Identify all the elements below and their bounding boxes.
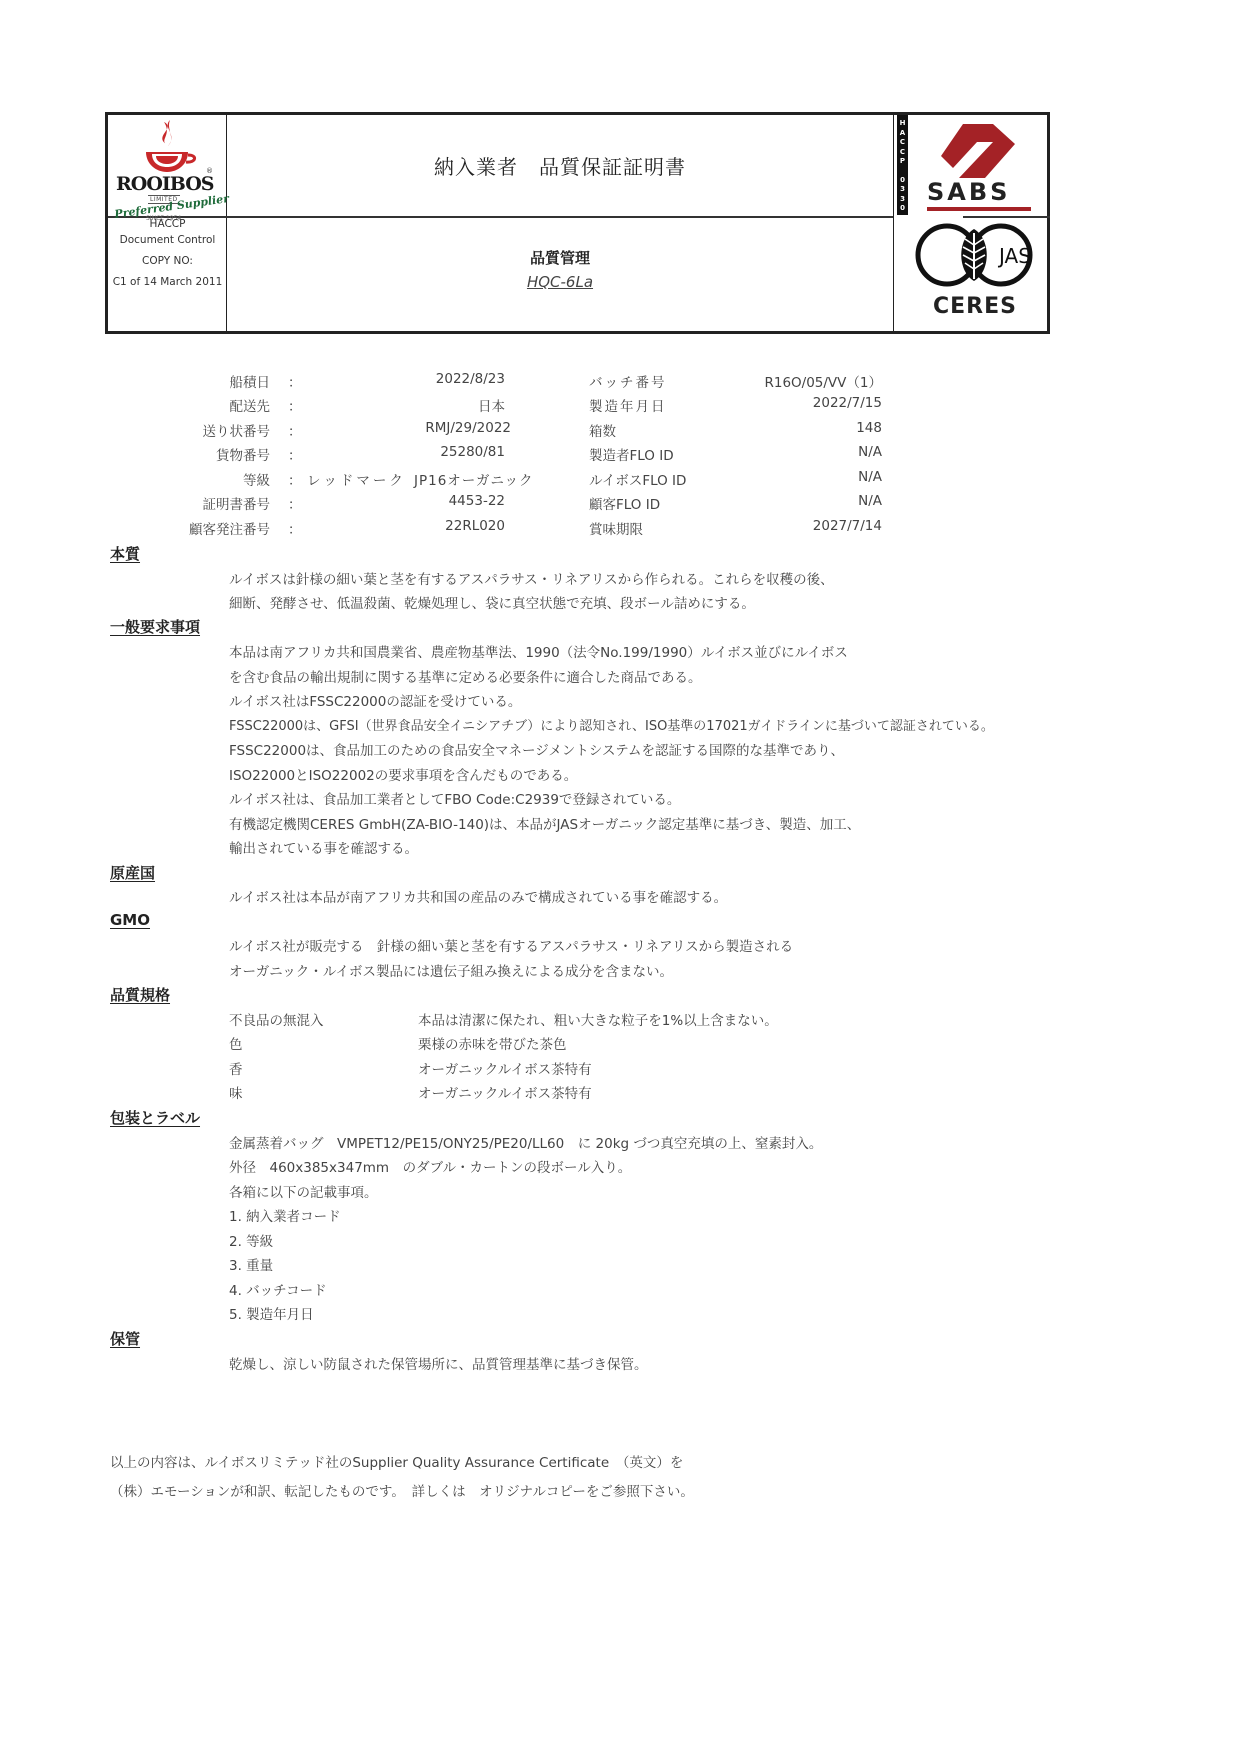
doc-code-wrap: HQC-6La xyxy=(227,272,893,291)
doc-control-copy-label: COPY NO: xyxy=(108,251,227,272)
header-divider-h-mid xyxy=(227,216,893,218)
ceres-label: CERES xyxy=(933,294,1017,319)
section-line: ISO22000とISO22002の要求事項を含んだものである。 xyxy=(229,764,577,784)
sabs-mark-icon xyxy=(923,118,1033,184)
info-value-manufacturer-flo-id: N/A xyxy=(720,444,882,460)
info-sep: ： xyxy=(288,469,302,489)
doc-control-title: Document Control xyxy=(108,230,227,251)
info-label: 船積日 xyxy=(170,371,270,391)
info-label: ルイボスFLO ID xyxy=(589,469,686,489)
header-divider-right xyxy=(893,115,894,331)
label-item: 4. バッチコード xyxy=(229,1279,327,1299)
spec-label: 香 xyxy=(229,1058,243,1078)
sabs-label: SABS xyxy=(927,178,1010,206)
haccp-char: 0 xyxy=(897,204,908,214)
registered-mark: ® xyxy=(206,167,213,175)
section-line: 細断、発酵させ、低温殺菌、乾燥処理し、袋に真空状態で充填、段ボール詰めにする。 xyxy=(229,592,755,612)
footer-line: 以上の内容は、ルイボスリミテッド社のSupplier Quality Assur… xyxy=(110,1451,683,1471)
info-value-certificate-number: 4453-22 xyxy=(380,493,505,509)
section-heading: 本質 xyxy=(110,543,140,564)
haccp-char: 0 xyxy=(897,176,908,186)
info-sep: ： xyxy=(288,395,302,415)
spec-value: オーガニックルイボス茶特有 xyxy=(418,1058,592,1078)
steaming-cup-icon xyxy=(132,118,202,180)
info-sep: ： xyxy=(288,420,302,440)
haccp-char: A xyxy=(897,129,908,139)
section-heading: GMO xyxy=(110,911,150,929)
jas-text: JAS xyxy=(997,244,1031,268)
info-label: 貨物番号 xyxy=(170,444,270,464)
haccp-char: 3 xyxy=(897,195,908,205)
section-line: FSSC22000は、GFSI（世界食品安全イニシアチブ）により認知され、ISO… xyxy=(229,715,994,734)
section-line: 金属蒸着バッグ VMPET12/PE15/ONY25/PE20/LL60 に 2… xyxy=(229,1132,822,1152)
info-sep: ： xyxy=(288,493,302,513)
spec-value: 栗様の赤味を帯びた茶色 xyxy=(418,1033,567,1053)
label-item: 2. 等級 xyxy=(229,1230,273,1250)
doc-control: HACCP Document Control COPY NO: C1 of 14… xyxy=(108,218,227,293)
section-line: 有機認定機関CERES GmbH(ZA-BIO-140)は、本品がJASオーガニ… xyxy=(229,813,860,833)
info-label: バッチ番号 xyxy=(589,371,667,391)
info-sep: ： xyxy=(288,518,302,538)
section-line: FSSC22000は、食品加工のための食品安全マネージメントシステムを認証する国… xyxy=(229,739,844,759)
document-header: ROOIBOS ® LIMITED Preferred Supplier SIN… xyxy=(105,112,1050,334)
info-value-grade: JP16オーガニック xyxy=(414,469,534,489)
section-line: 輸出されている事を確認する。 xyxy=(229,837,418,857)
haccp-gap xyxy=(897,167,908,176)
jas-ceres-logo: JAS CERES xyxy=(903,223,1048,329)
info-label: 証明書番号 xyxy=(170,493,270,513)
spec-value: 本品は清潔に保たれ、粗い大きな粒子を1%以上含まない。 xyxy=(418,1009,778,1029)
brand-name: ROOIBOS xyxy=(116,173,213,195)
spec-label: 味 xyxy=(229,1082,243,1102)
info-label: 顧客発注番号 xyxy=(150,518,270,538)
section-heading: 一般要求事項 xyxy=(110,616,200,637)
haccp-0330-strip: H A C C P 0 3 3 0 xyxy=(897,115,908,215)
section-heading: 保管 xyxy=(110,1328,140,1349)
section-line: 乾燥し、涼しい防鼠された保管場所に、品質管理基準に基づき保管。 xyxy=(229,1353,648,1373)
document-title: 納入業者 品質保証証明書 xyxy=(227,151,893,180)
section-line: 本品は南アフリカ共和国農業省、農産物基準法、1990（法令No.199/1990… xyxy=(229,641,848,661)
info-sep: ： xyxy=(288,371,302,391)
info-value-customer-flo-id: N/A xyxy=(720,493,882,509)
info-value-ship-date: 2022/8/23 xyxy=(380,371,505,387)
info-value-batch-number: R16O/05/VV（1） xyxy=(720,371,882,391)
spec-value: オーガニックルイボス茶特有 xyxy=(418,1082,592,1102)
sabs-logo: SABS xyxy=(913,118,1043,214)
haccp-char: P xyxy=(897,157,908,167)
info-label: 等級 xyxy=(170,469,270,489)
section-line: ルイボスは針様の細い葉と茎を有するアスパラサス・リネアリスから作られる。これらを… xyxy=(229,568,834,588)
info-label: 配送先 xyxy=(170,395,270,415)
label-item: 1. 納入業者コード xyxy=(229,1205,341,1225)
haccp-char: 3 xyxy=(897,185,908,195)
haccp-char: C xyxy=(897,148,908,158)
section-line: ルイボス社が販売する 針様の細い葉と茎を有するアスパラサス・リネアリスから製造さ… xyxy=(229,935,793,955)
section-line: オーガニック・ルイボス製品には遺伝子組み換えによる成分を含まない。 xyxy=(229,960,673,980)
section-heading: 原産国 xyxy=(110,862,155,883)
info-value-cargo-number: 25280/81 xyxy=(380,444,505,460)
sabs-underline xyxy=(927,207,1031,211)
section-heading: 品質規格 xyxy=(110,984,170,1005)
section-line: を含む食品の輸出規制に関する基準に定める必要条件に適合した商品である。 xyxy=(229,666,702,686)
section-line: ルイボス社は、食品加工業者としてFBO Code:C2939で登録されている。 xyxy=(229,788,680,808)
info-value-box-count: 148 xyxy=(720,420,882,436)
document-code: HQC-6La xyxy=(527,273,593,291)
spec-label: 不良品の無混入 xyxy=(229,1009,324,1029)
info-label: 送り状番号 xyxy=(170,420,270,440)
info-value-best-before: 2027/7/14 xyxy=(720,518,882,534)
info-value-manufacture-date: 2022/7/15 xyxy=(720,395,882,411)
section-line: 外径 460x385x347mm のダブル・カートンの段ボール入り。 xyxy=(229,1156,631,1176)
spec-label: 色 xyxy=(229,1033,243,1053)
section-line: 各箱に以下の記載事項。 xyxy=(229,1181,378,1201)
haccp-char: C xyxy=(897,138,908,148)
info-value-destination: 日本 xyxy=(380,395,505,415)
label-item: 5. 製造年月日 xyxy=(229,1303,314,1323)
info-value-grade-prefix: レッドマーク xyxy=(307,469,406,489)
info-value-invoice-number: RMJ/29/2022 xyxy=(380,420,511,436)
doc-control-haccp: HACCP xyxy=(108,218,227,230)
header-divider-h-right xyxy=(963,216,1050,218)
doc-control-copy-number: C1 of 14 March 2011 xyxy=(108,272,227,293)
info-label: 顧客FLO ID xyxy=(589,493,660,513)
info-sep: ： xyxy=(288,444,302,464)
haccp-char: H xyxy=(897,119,908,129)
info-label: 製造年月日 xyxy=(589,395,667,415)
section-line: ルイボス社は本品が南アフリカ共和国の産品のみで構成されている事を確認する。 xyxy=(229,886,727,906)
footer-line: （株）エモーションが和訳、転記したものです。 詳しくは オリジナルコピーをご参照… xyxy=(110,1480,694,1500)
document-subtitle: 品質管理 xyxy=(227,247,893,268)
info-label: 製造者FLO ID xyxy=(589,444,674,464)
info-value-customer-po: 22RL020 xyxy=(380,518,505,534)
section-heading: 包装とラベル xyxy=(110,1107,200,1128)
info-value-rooibos-flo-id: N/A xyxy=(720,469,882,485)
label-item: 3. 重量 xyxy=(229,1254,273,1274)
section-line: ルイボス社はFSSC22000の認証を受けている。 xyxy=(229,690,521,710)
info-label: 箱数 xyxy=(589,420,616,440)
info-label: 賞味期限 xyxy=(589,518,643,538)
jas-organic-mark-icon: JAS xyxy=(909,223,1039,293)
